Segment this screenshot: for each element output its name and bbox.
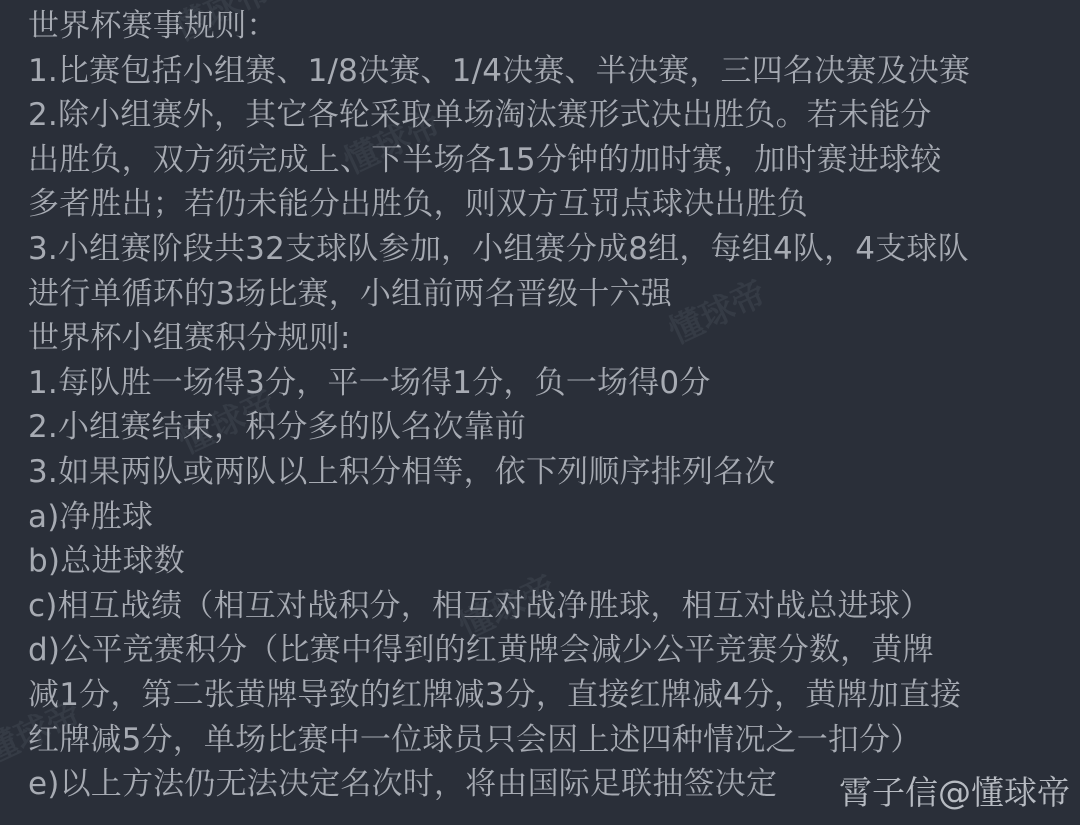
tiebreak-item: c)相互战绩（相互对战积分，相互对战净胜球，相互对战总进球）	[28, 584, 1068, 629]
section-title-points-rules: 世界杯小组赛积分规则:	[28, 316, 1068, 361]
rule-line: 3.小组赛阶段共32支球队参加，小组赛分成8组，每组4队，4支球队	[28, 227, 1068, 272]
tiebreak-item: a)净胜球	[28, 495, 1068, 540]
author-signature-watermark: 霄子信@懂球帝	[839, 771, 1070, 815]
tiebreak-item: 减1分，第二张黄牌导致的红牌减3分，直接红牌减4分，黄牌加直接	[28, 673, 1068, 718]
rule-line: 3.如果两队或两队以上积分相等，依下列顺序排列名次	[28, 450, 1068, 495]
section-title-tournament-rules: 世界杯赛事规则：	[28, 4, 1068, 49]
rule-line: 多者胜出；若仍未能分出胜负，则双方互罚点球决出胜负	[28, 182, 1068, 227]
rules-document: 世界杯赛事规则： 1.比赛包括小组赛、1/8决赛、1/4决赛、半决赛，三四名决赛…	[28, 4, 1068, 807]
rule-line: 出胜负，双方须完成上、下半场各15分钟的加时赛，加时赛进球较	[28, 138, 1068, 183]
rule-line: 2.除小组赛外，其它各轮采取单场淘汰赛形式决出胜负。若未能分	[28, 93, 1068, 138]
tiebreak-item: d)公平竞赛积分（比赛中得到的红黄牌会减少公平竞赛分数，黄牌	[28, 628, 1068, 673]
rule-line: 2.小组赛结束，积分多的队名次靠前	[28, 405, 1068, 450]
rule-line: 进行单循环的3场比赛，小组前两名晋级十六强	[28, 272, 1068, 317]
rule-line: 1.每队胜一场得3分，平一场得1分，负一场得0分	[28, 361, 1068, 406]
rule-line: 1.比赛包括小组赛、1/8决赛、1/4决赛、半决赛，三四名决赛及决赛	[28, 49, 1068, 94]
tiebreak-item: b)总进球数	[28, 539, 1068, 584]
tiebreak-item: 红牌减5分，单场比赛中一位球员只会因上述四种情况之一扣分）	[28, 718, 1068, 763]
